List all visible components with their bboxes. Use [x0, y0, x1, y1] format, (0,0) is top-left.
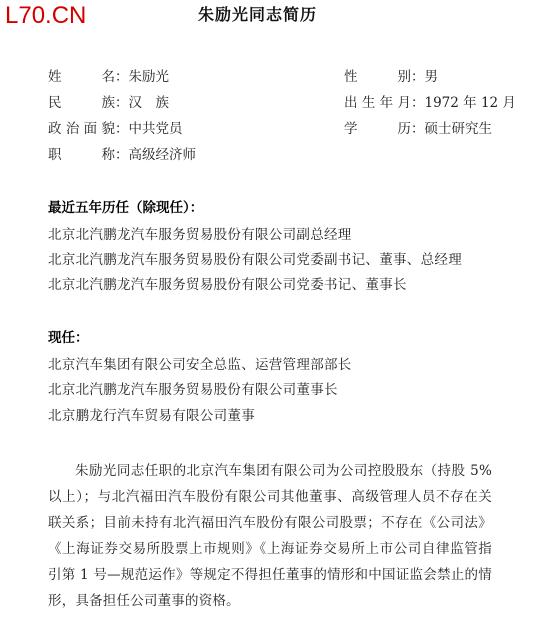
info-ethnicity: 民族：汉 族 [48, 94, 169, 112]
info-colon: ： [411, 68, 425, 86]
info-label: 民族 [48, 94, 115, 112]
list-item: 北京北汽鹏龙汽车服务贸易股份有限公司党委书记、董事长 [48, 276, 407, 294]
info-label: 政治面貌 [48, 120, 115, 138]
info-value: 朱励光 [129, 68, 170, 86]
info-value: 高级经济师 [129, 146, 197, 164]
section-heading-current-positions: 现任： [48, 329, 89, 347]
list-item: 北京鹏龙行汽车贸易有限公司董事 [48, 407, 255, 425]
list-item: 北京汽车集团有限公司安全总监、运营管理部部长 [48, 356, 352, 374]
info-colon: ： [115, 68, 129, 86]
info-gender: 性别：男 [344, 68, 438, 86]
site-logo-watermark: L70.CN [5, 2, 86, 30]
info-colon: ： [115, 120, 129, 138]
info-value: 汉 族 [129, 94, 170, 112]
info-professional-title: 职称：高级经济师 [48, 146, 196, 164]
info-label: 学历 [344, 120, 411, 138]
info-colon: ： [411, 120, 425, 138]
info-label: 职称 [48, 146, 115, 164]
info-label: 性别 [344, 68, 411, 86]
info-label: 姓名 [48, 68, 115, 86]
list-item: 北京北汽鹏龙汽车服务贸易股份有限公司董事长 [48, 381, 338, 399]
info-colon: ： [115, 94, 129, 112]
list-item: 北京北汽鹏龙汽车服务贸易股份有限公司党委副书记、董事、总经理 [48, 251, 462, 269]
info-birth-date: 出生年月：1972 年 12 月 [344, 94, 516, 112]
info-value: 男 [425, 68, 439, 86]
document-title: 朱励光同志简历 [198, 4, 317, 26]
info-value: 中共党员 [129, 120, 183, 138]
info-colon: ： [411, 94, 425, 112]
info-political-status: 政治面貌：中共党员 [48, 120, 183, 138]
info-value: 硕士研究生 [425, 120, 493, 138]
qualification-statement: 朱励光同志任职的北京汽车集团有限公司为公司控股股东（持股 5%以上）；与北汽福田… [48, 458, 492, 614]
info-education: 学历：硕士研究生 [344, 120, 492, 138]
info-value: 1972 年 12 月 [425, 94, 516, 112]
list-item: 北京北汽鹏龙汽车服务贸易股份有限公司副总经理 [48, 226, 352, 244]
info-name: 姓名：朱励光 [48, 68, 169, 86]
info-colon: ： [115, 146, 129, 164]
section-heading-past-positions: 最近五年历任（除现任）： [48, 199, 203, 217]
info-label: 出生年月 [344, 94, 411, 112]
